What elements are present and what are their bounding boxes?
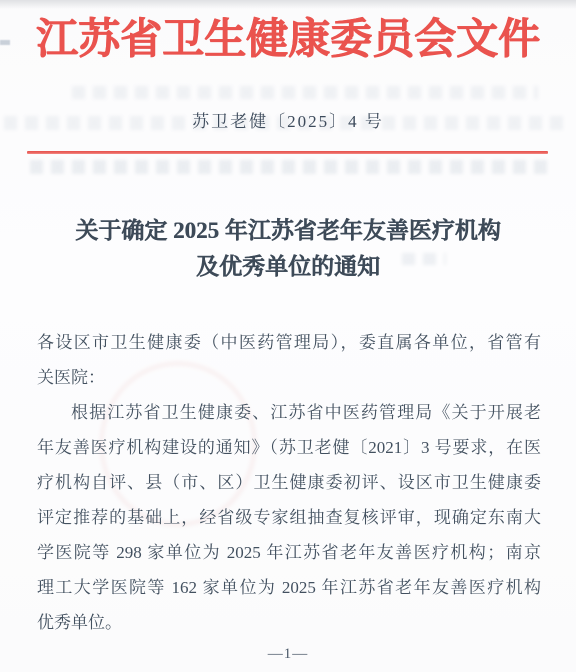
document-number: 苏卫老健〔2025〕4 号 (0, 107, 576, 132)
body-line: 年友善医疗机构建设的通知》（苏卫老健〔2021〕3 号要求，在医 (37, 430, 541, 465)
body-line: 疗机构自评、县（市、区）卫生健康委初评、设区市卫生健康委 (37, 465, 541, 500)
document-title: 关于确定 2025 年江苏省老年友善医疗机构 及优秀单位的通知 (0, 213, 576, 285)
red-separator-line (27, 151, 548, 154)
body-line: 优秀单位。 (37, 605, 541, 640)
document-title-line-1: 关于确定 2025 年江苏省老年友善医疗机构 (0, 213, 576, 249)
page-number: —1— (0, 646, 576, 663)
body-line: 各设区市卫生健康委（中医药管理局），委直属各单位，省管有 (37, 325, 541, 360)
body-line: 根据江苏省卫生健康委、江苏省中医药管理局《关于开展老 (37, 395, 541, 430)
document-body: 各设区市卫生健康委（中医药管理局），委直属各单位，省管有 关医院： 根据江苏省卫… (37, 325, 541, 640)
body-line: 关医院： (37, 360, 541, 395)
document-header-title: 江苏省卫生健康委员会文件 (0, 4, 576, 76)
bleed-through-text (72, 86, 538, 99)
body-line: 理工大学医院等 162 家单位为 2025 年江苏省老年友善医疗机构 (37, 570, 541, 605)
bleed-through-text (30, 160, 550, 174)
official-document-page: 江苏省卫生健康委员会文件 苏卫老健〔2025〕4 号 关于确定 2025 年江苏… (0, 0, 576, 672)
body-line: 学医院等 298 家单位为 2025 年江苏省老年友善医疗机构；南京 (37, 535, 541, 570)
document-title-line-2: 及优秀单位的通知 (0, 249, 576, 285)
body-line: 评定推荐的基础上，经省级专家组抽查复核评审，现确定东南大 (37, 500, 541, 535)
